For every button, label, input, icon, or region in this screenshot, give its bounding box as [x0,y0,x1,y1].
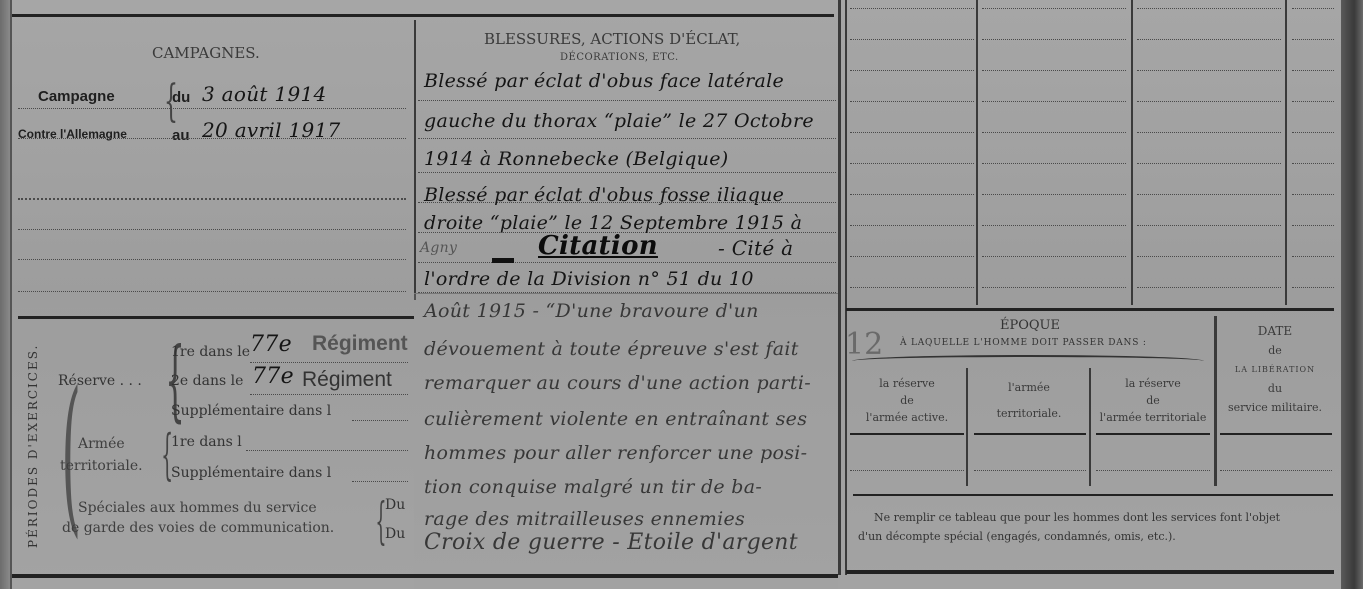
top-rule [12,14,834,17]
ledger-col-divider-1 [976,0,978,305]
ruled-line [250,362,408,363]
ledger-ruled-line [1137,8,1281,9]
citation-title: Citation [538,231,658,261]
campagnes-heading: CAMPAGNES. [152,44,260,62]
ledger-ruled-line [850,8,974,9]
reserve-1-stamp: Régiment [312,332,408,356]
ledger-ruled-line [850,194,974,195]
epoque-cell-rule [1220,433,1332,435]
col-date-liberation: DATE de LA LIBÉRATION du service militai… [1218,322,1332,417]
reserve-2-label: 2e dans le [171,373,243,389]
reserve-2-value: 77e [252,364,294,389]
epoque-entry-line [974,470,1086,471]
wound-entry-line: gauche du thorax “plaie” le 27 Octobre [424,110,814,132]
ruled-line [418,262,836,263]
ledger-ruled-line [1292,163,1334,164]
epoque-col-divider-2 [1089,368,1091,486]
ledger-ruled-line [850,132,974,133]
ledger-ruled-line [982,70,1126,71]
ruled-line [250,394,408,395]
blessures-subheading: DÉCORATIONS, ETC. [560,52,679,63]
epoque-brace-rule [852,355,1204,367]
ledger-ruled-line [1292,225,1334,226]
ruled-line [418,138,836,139]
speciales-line-2: de garde des voies de communication. [62,520,334,536]
wound-entry-line: l'ordre de la Division n° 51 du 10 [424,268,754,290]
periodes-side-label: PÉRIODES D'EXERCICES. [26,344,40,548]
epoque-table-bottom [853,494,1333,496]
ledger-ruled-line [982,8,1126,9]
page-number-stamp: 12 [845,327,883,362]
campagne-label: Campagne [38,88,115,105]
epoque-entry-line [1096,470,1210,471]
reserve-2-stamp: Régiment [302,368,392,392]
book-spine [1341,0,1363,589]
col-divider-left [414,20,416,300]
reserve-label: Réserve . . . [58,373,142,389]
ledger-ruled-line [982,287,1126,288]
epoque-note-line-1: Ne remplir ce tableau que pour les homme… [874,508,1280,527]
ledger-col-divider-3 [1285,0,1287,305]
reserve-1-label: 1re dans le [171,344,250,360]
citation-rest: - Cité à [718,236,793,260]
ledger-ruled-line [850,225,974,226]
ruled-line [352,481,408,482]
du-label: du [172,89,190,106]
ruled-line [418,100,836,101]
speciales-line-1: Spéciales aux hommes du service [78,500,317,516]
epoque-cell-rule [850,433,964,435]
ledger-ruled-line [1292,70,1334,71]
du-1-label: Du [385,497,405,513]
ruled-line [18,198,406,200]
ledger-ruled-line [1137,39,1281,40]
ruled-line [18,291,406,292]
ledger-ruled-line [982,256,1126,257]
ledger-ruled-line [982,101,1126,102]
ledger-ruled-line [1292,287,1334,288]
reserve-1-value: 77e [250,332,292,357]
ledger-col-divider-2 [1131,0,1133,305]
page-left-edge [0,0,12,589]
armee-1-label: 1re dans l [171,434,242,450]
ruled-line [246,450,408,451]
ledger-ruled-line [1137,101,1281,102]
wound-entry-line: Agny [420,240,457,256]
blessures-heading: BLESSURES, ACTIONS D'ÉCLAT, [484,30,740,48]
ledger-ruled-line [982,39,1126,40]
col-reserve-active: la réserve de l'armée active. [850,375,964,426]
reserve-supp-label: Supplémentaire dans l [171,403,331,419]
ledger-ruled-line [850,101,974,102]
ledger-ruled-line [1137,194,1281,195]
ledger-ruled-line [1137,70,1281,71]
ledger-ruled-line [1137,225,1281,226]
epoque-entry-line [850,470,964,471]
col-reserve-territoriale: la réserve de l'armée territoriale [1092,375,1214,426]
ruled-line [18,138,406,139]
ledger-ruled-line [1137,287,1281,288]
epoque-heading: ÉPOQUE [1000,318,1060,333]
epoque-entry-line [1220,470,1332,471]
campagnes-bottom-rule [18,316,414,319]
epoque-col-divider-3 [1214,316,1217,486]
ledger-ruled-line [982,194,1126,195]
col-divider-main-2 [845,0,847,575]
ruled-line [18,259,406,260]
epoque-cell-rule [974,433,1086,435]
ledger-ruled-line [982,132,1126,133]
ledger-ruled-line [982,163,1126,164]
dash-mark [492,258,514,263]
armee-supp-label: Supplémentaire dans l [171,465,331,481]
bottom-rule-left [12,574,838,578]
col-divider-main [838,0,841,575]
ledger-ruled-line [850,70,974,71]
wound-entry-line: 1914 à Ronnebecke (Belgique) [424,148,728,170]
ruled-line [352,420,408,421]
campaign-start-date: 3 août 1914 [202,82,327,106]
ruled-line [18,229,406,230]
armee-label-1: Armée [78,436,125,452]
ledger-ruled-line [1137,163,1281,164]
armee-label-2: territoriale. [60,458,143,474]
ledger-ruled-line [850,39,974,40]
pasted-slip [414,293,838,589]
ledger-ruled-line [1292,256,1334,257]
col-armee-territoriale: l'armée territoriale. [970,375,1088,427]
ledger-ruled-line [1137,256,1281,257]
ledger-ruled-line [1292,132,1334,133]
bottom-rule-right [846,570,1334,574]
ledger-ruled-line [1292,8,1334,9]
epoque-note-line-2: d'un décompte spécial (engagés, condamné… [858,527,1176,546]
au-label: au [172,127,190,144]
epoque-cell-rule [1096,433,1210,435]
ruled-line [418,202,836,203]
ledger-ruled-line [1292,194,1334,195]
du-2-label: Du [385,526,405,542]
epoque-col-divider-1 [966,368,968,486]
ledger-ruled-line [1292,101,1334,102]
ledger-ruled-line [982,225,1126,226]
ledger-bottom-rule [846,308,1334,311]
ledger-ruled-line [850,256,974,257]
ledger-ruled-line [850,163,974,164]
ledger-ruled-line [1137,132,1281,133]
ruled-line [18,108,406,109]
ledger-ruled-line [1292,39,1334,40]
epoque-subheading: À LAQUELLE L'HOMME DOIT PASSER DANS : [900,338,1147,348]
wound-entry-line: Blessé par éclat d'obus face latérale [424,70,784,92]
ruled-line [418,172,836,173]
ledger-ruled-line [850,287,974,288]
